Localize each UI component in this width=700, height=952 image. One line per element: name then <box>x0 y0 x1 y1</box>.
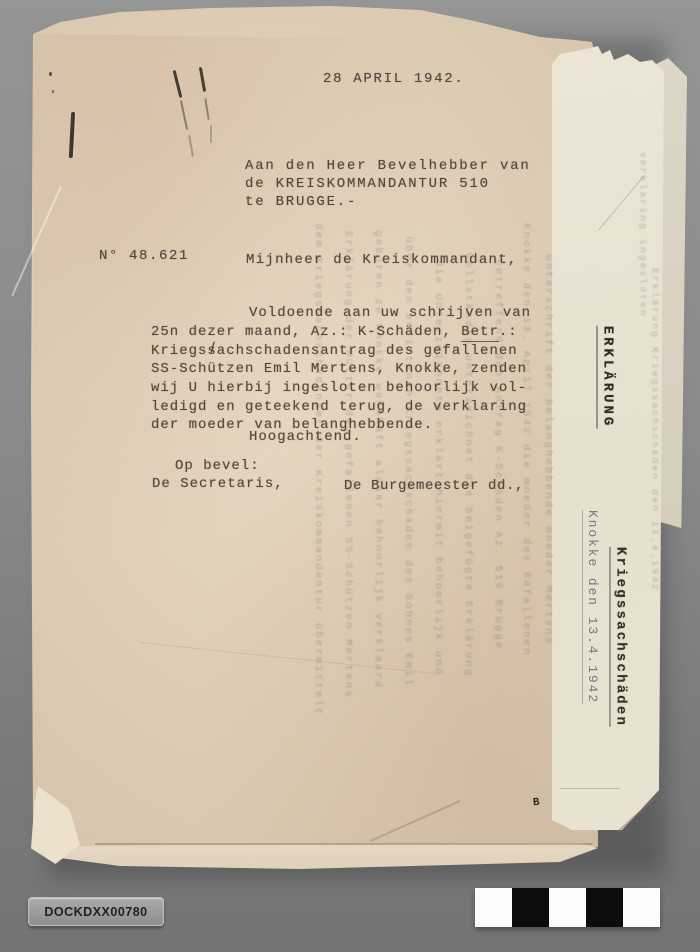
calibration-square-black <box>586 888 623 927</box>
signature-mayor: De Burgemeester dd., <box>344 478 524 494</box>
calibration-square-black <box>512 888 549 927</box>
body-line2-pre: 25n dezer maand, Az.: K-Schäden, <box>151 324 461 340</box>
pencil-stroke <box>210 125 212 143</box>
body-line2-post: .: <box>499 324 518 340</box>
bleedthrough-text-column: die Unterzeichnete erklärt hiermit behoo… <box>432 260 444 677</box>
salutation: Mijnheer de Kreiskommandant, <box>246 252 518 268</box>
body-line: wij U hierbij ingesloten behoorlijk vol- <box>151 380 527 396</box>
bleedthrough-text-column: Knokke den 13. April 1942 die moeder des… <box>520 223 532 657</box>
body-line2-underlined: Betr <box>461 324 499 342</box>
bleedthrough-text-column: Erklärung der Mutter des gefallenen SS-S… <box>342 231 354 699</box>
attachment-title-vertical: ERKLÄRUNG <box>597 326 616 429</box>
calibration-square-white <box>623 888 660 927</box>
bleedthrough-text-column: dem Kriegssachschadenamt der Kreiskomman… <box>312 223 324 716</box>
calibration-square-white <box>475 888 512 927</box>
body-line: ledigd en geteekend terug, de verklaring <box>151 399 527 415</box>
ink-dot <box>49 72 52 76</box>
signature-secretary: De Secretaris, <box>152 476 284 492</box>
catalog-label-badge: DOCKDXX00780 <box>28 897 164 926</box>
bleedthrough-text-column: unterschrift der belanghebbende moeder M… <box>542 254 554 645</box>
bleedthrough-text-column: verklaring ingesloten <box>638 152 649 318</box>
signature-op-bevel: Op bevel: <box>175 458 260 474</box>
attachment-subject-vertical: Kriegssachschäden <box>610 547 629 727</box>
body-line: 25n dezer maand, Az.: K-Schäden, Betr.: <box>151 324 518 340</box>
body-line: SS-Schützen Emil Mertens, Knokke, zenden <box>151 361 527 377</box>
recipient-line: te BRUGGE.- <box>245 194 357 210</box>
crease-line <box>95 843 592 845</box>
photograph-of-archive-document: dem Kriegssachschadenamt der Kreiskomman… <box>0 0 700 952</box>
closing: Hoogachtend. <box>249 429 362 445</box>
reference-number: N° 48.621 <box>99 248 189 264</box>
bleedthrough-text-column: geboren zu Knokke wohnhaft aldaar behoor… <box>372 230 384 689</box>
body-line: Voldoende aan uw schrijven van <box>249 305 531 321</box>
letter-date: 28 APRIL 1942. <box>323 71 464 87</box>
attachment-note-vertical: Knokke den 13.4.1942 <box>582 510 600 704</box>
catalog-label-text: DOCKDXX00780 <box>44 905 147 919</box>
crease-line <box>560 788 620 789</box>
ink-mark-b: B <box>532 797 540 810</box>
bleedthrough-text-column: Erklärung Kriegssachschäden den 13.4.194… <box>650 268 661 592</box>
ink-dot <box>52 90 54 93</box>
recipient-line: de KREISKOMMANDANTUR 510 <box>245 176 490 192</box>
body-line: Kriegssachschadensantrag des gefallenen <box>151 343 518 359</box>
calibration-bar <box>475 888 660 927</box>
recipient-line: Aan den Heer Bevelhebber van <box>245 158 531 174</box>
calibration-square-white <box>549 888 586 927</box>
